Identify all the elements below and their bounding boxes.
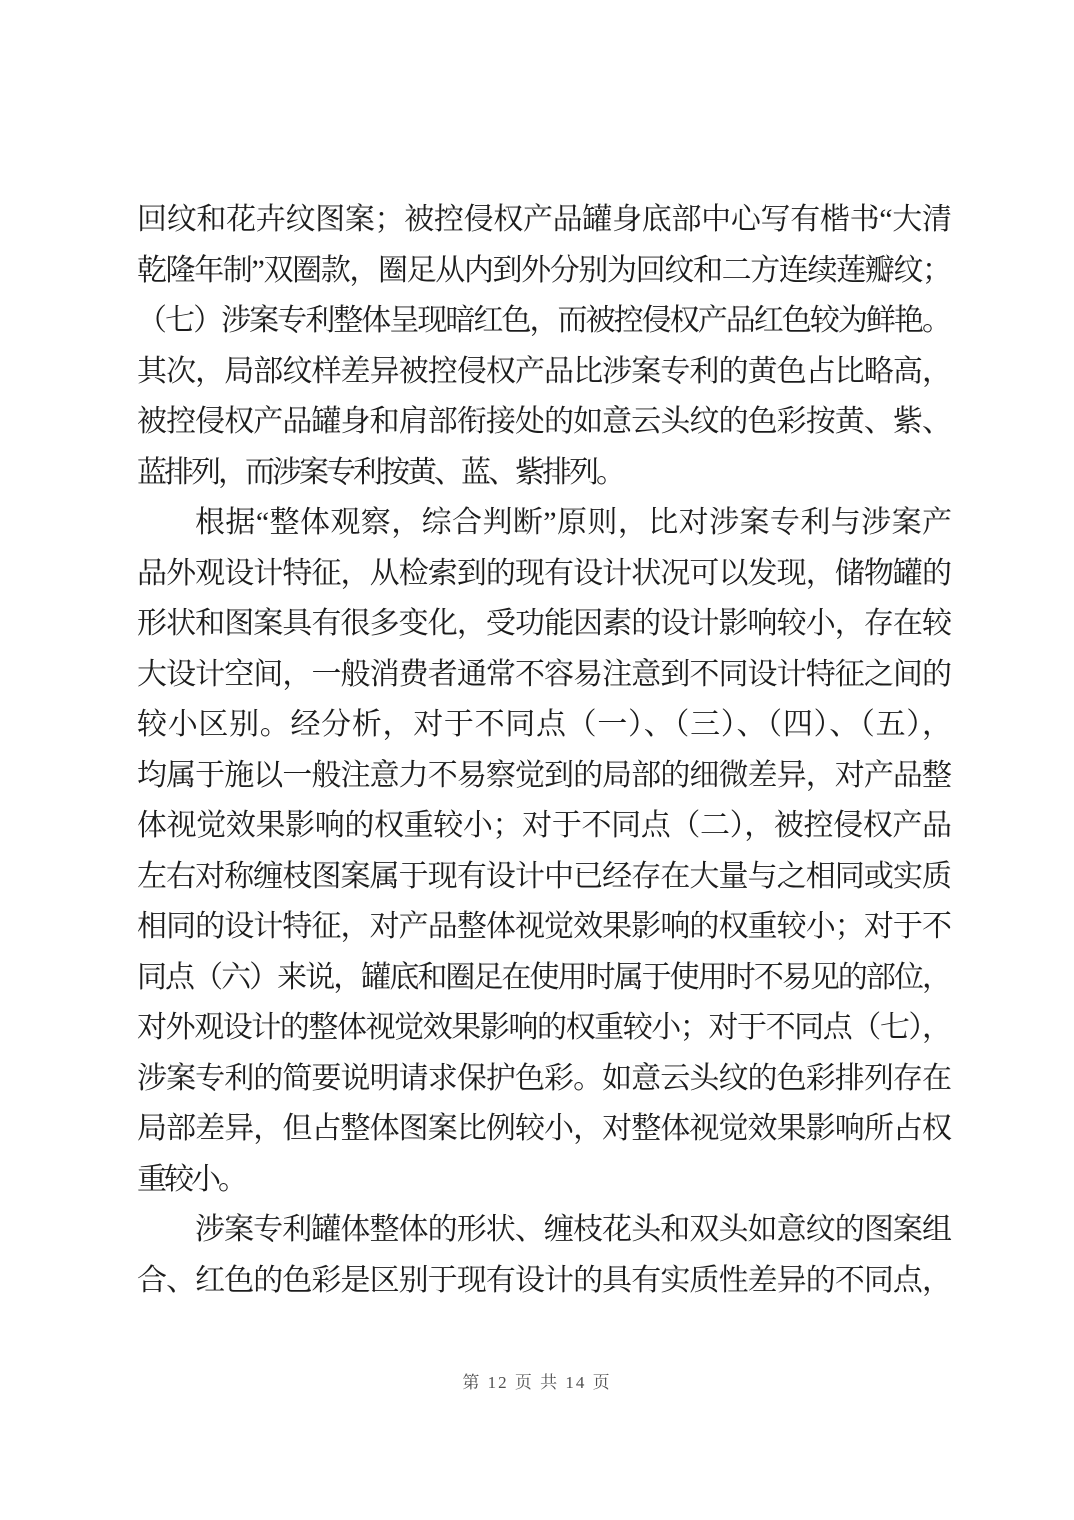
text-line: 体视觉效果影响的权重较小；对于不同点（二），被控侵权产品 [137,801,949,852]
text-line: 对外观设计的整体视觉效果影响的权重较小；对于不同点（七）， [137,1003,949,1054]
text-line-paragraph-end: 重较小。 [137,1155,949,1206]
document-body: 回纹和花卉纹图案；被控侵权产品罐身底部中心写有楷书“大清 乾隆年制”双圈款，圈足… [137,195,949,1306]
document-page: 回纹和花卉纹图案；被控侵权产品罐身底部中心写有楷书“大清 乾隆年制”双圈款，圈足… [0,0,1074,1520]
text-line: 被控侵权产品罐身和肩部衔接处的如意云头纹的色彩按黄、紫、 [137,397,949,448]
text-line: 涉案专利的简要说明请求保护色彩。如意云头纹的色彩排列存在 [137,1054,949,1105]
text-line: 同点（六）来说，罐底和圈足在使用时属于使用时不易见的部位， [137,953,949,1004]
text-line: 局部差异，但占整体图案比例较小，对整体视觉效果影响所占权 [137,1104,949,1155]
text-line-paragraph-end: 蓝排列，而涉案专利按黄、蓝、紫排列。 [137,448,949,499]
text-line: 形状和图案具有很多变化，受功能因素的设计影响较小，存在较 [137,599,949,650]
text-line-paragraph-start: 根据“整体观察，综合判断”原则，比对涉案专利与涉案产 [137,498,949,549]
text-line: 乾隆年制”双圈款，圈足从内到外分别为回纹和二方连续莲瓣纹； [137,246,949,297]
text-line: 合、红色的色彩是区别于现有设计的具有实质性差异的不同点， [137,1256,949,1307]
text-line: 回纹和花卉纹图案；被控侵权产品罐身底部中心写有楷书“大清 [137,195,949,246]
text-line: 品外观设计特征，从检索到的现有设计状况可以发现，储物罐的 [137,549,949,600]
text-line: 大设计空间，一般消费者通常不容易注意到不同设计特征之间的 [137,650,949,701]
text-line: 相同的设计特征，对产品整体视觉效果影响的权重较小；对于不 [137,902,949,953]
text-line: （七）涉案专利整体呈现暗红色，而被控侵权产品红色较为鲜艳。 [137,296,949,347]
text-line: 较小区别。经分析，对于不同点（一）、（三）、（四）、（五）， [137,700,949,751]
page-number-footer: 第 12 页 共 14 页 [0,1368,1074,1393]
text-line: 其次，局部纹样差异被控侵权产品比涉案专利的黄色占比略高， [137,347,949,398]
text-line: 均属于施以一般注意力不易察觉到的局部的细微差异，对产品整 [137,751,949,802]
text-line: 左右对称缠枝图案属于现有设计中已经存在大量与之相同或实质 [137,852,949,903]
text-line-paragraph-start: 涉案专利罐体整体的形状、缠枝花头和双头如意纹的图案组 [137,1205,949,1256]
